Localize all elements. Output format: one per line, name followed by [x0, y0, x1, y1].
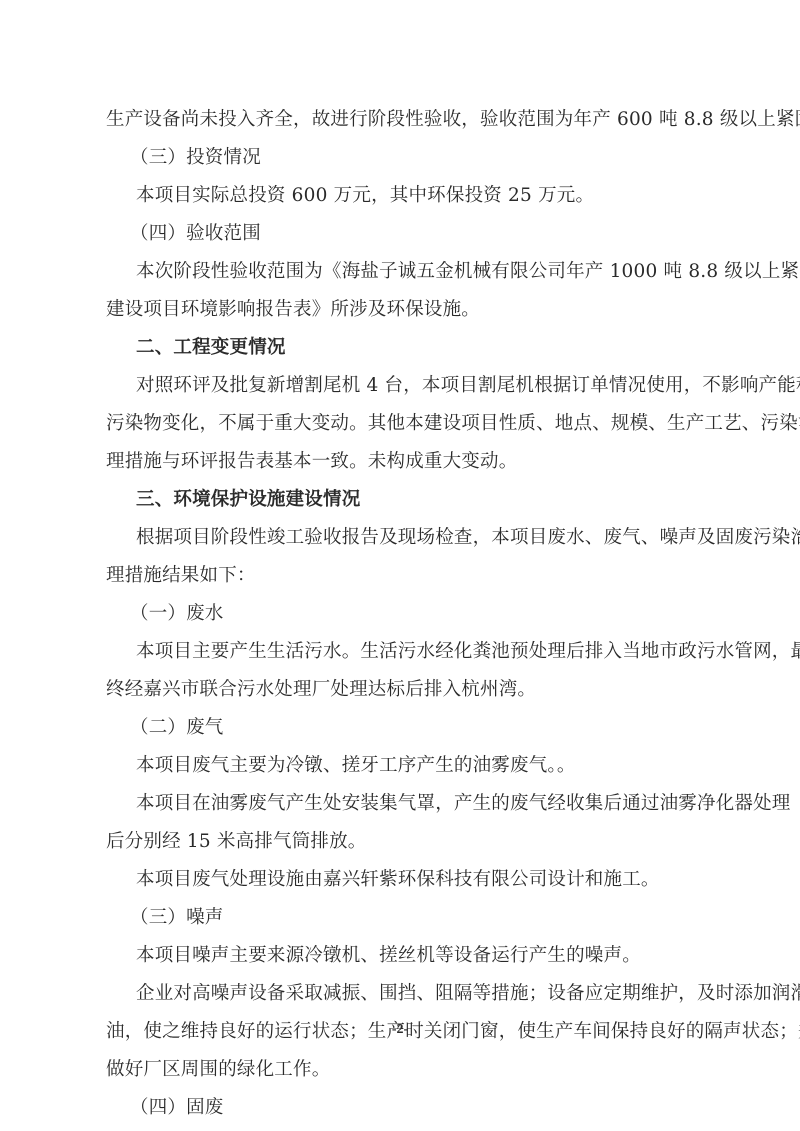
text-line: 本项目实际总投资 600 万元，其中环保投资 25 万元。 — [106, 177, 712, 215]
text-line: 本项目主要产生生活污水。生活污水经化粪池预处理后排入当地市政污水管网，最 — [106, 633, 712, 671]
page-number: -2- — [0, 1022, 800, 1038]
section-heading-env-facilities: 三、环境保护设施建设情况 — [106, 481, 712, 519]
subsection-heading-scope: （四）验收范围 — [106, 215, 712, 253]
text-line: 本项目废气处理设施由嘉兴轩紫环保科技有限公司设计和施工。 — [106, 861, 712, 899]
text-line: 后分别经 15 米高排气筒排放。 — [106, 823, 712, 861]
text-line: 建设项目环境影响报告表》所涉及环保设施。 — [106, 291, 712, 329]
subsection-heading-wastewater: （一）废水 — [106, 595, 712, 633]
section-heading-changes: 二、工程变更情况 — [106, 329, 712, 367]
text-line: 理措施与环评报告表基本一致。未构成重大变动。 — [106, 443, 712, 481]
text-line: 做好厂区周围的绿化工作。 — [106, 1051, 712, 1089]
text-line: 企业对高噪声设备采取减振、围挡、阻隔等措施；设备应定期维护，及时添加润滑 — [106, 975, 712, 1013]
subsection-heading-solid-waste: （四）固废 — [106, 1089, 712, 1127]
text-line: 生产设备尚未投入齐全，故进行阶段性验收，验收范围为年产 600 吨 8.8 级以… — [106, 101, 712, 139]
document-body: 生产设备尚未投入齐全，故进行阶段性验收，验收范围为年产 600 吨 8.8 级以… — [106, 101, 712, 1127]
text-line: 理措施结果如下： — [106, 557, 712, 595]
text-line: 本次阶段性验收范围为《海盐子诚五金机械有限公司年产 1000 吨 8.8 级以上… — [106, 253, 712, 291]
text-line: 本项目在油雾废气产生处安装集气罩，产生的废气经收集后通过油雾净化器处理 — [106, 785, 712, 823]
subsection-heading-noise: （三）噪声 — [106, 899, 712, 937]
text-line: 本项目废气主要为冷镦、搓牙工序产生的油雾废气。。 — [106, 747, 712, 785]
text-line: 对照环评及批复新增割尾机 4 台，本项目割尾机根据订单情况使用，不影响产能和 — [106, 367, 712, 405]
text-line: 本项目噪声主要来源冷镦机、搓丝机等设备运行产生的噪声。 — [106, 937, 712, 975]
text-line: 根据项目阶段性竣工验收报告及现场检查，本项目废水、废气、噪声及固废污染治 — [106, 519, 712, 557]
subsection-heading-waste-gas: （二）废气 — [106, 709, 712, 747]
text-line: 终经嘉兴市联合污水处理厂处理达标后排入杭州湾。 — [106, 671, 712, 709]
subsection-heading-investment: （三）投资情况 — [106, 139, 712, 177]
text-line: 污染物变化，不属于重大变动。其他本建设项目性质、地点、规模、生产工艺、污染治 — [106, 405, 712, 443]
